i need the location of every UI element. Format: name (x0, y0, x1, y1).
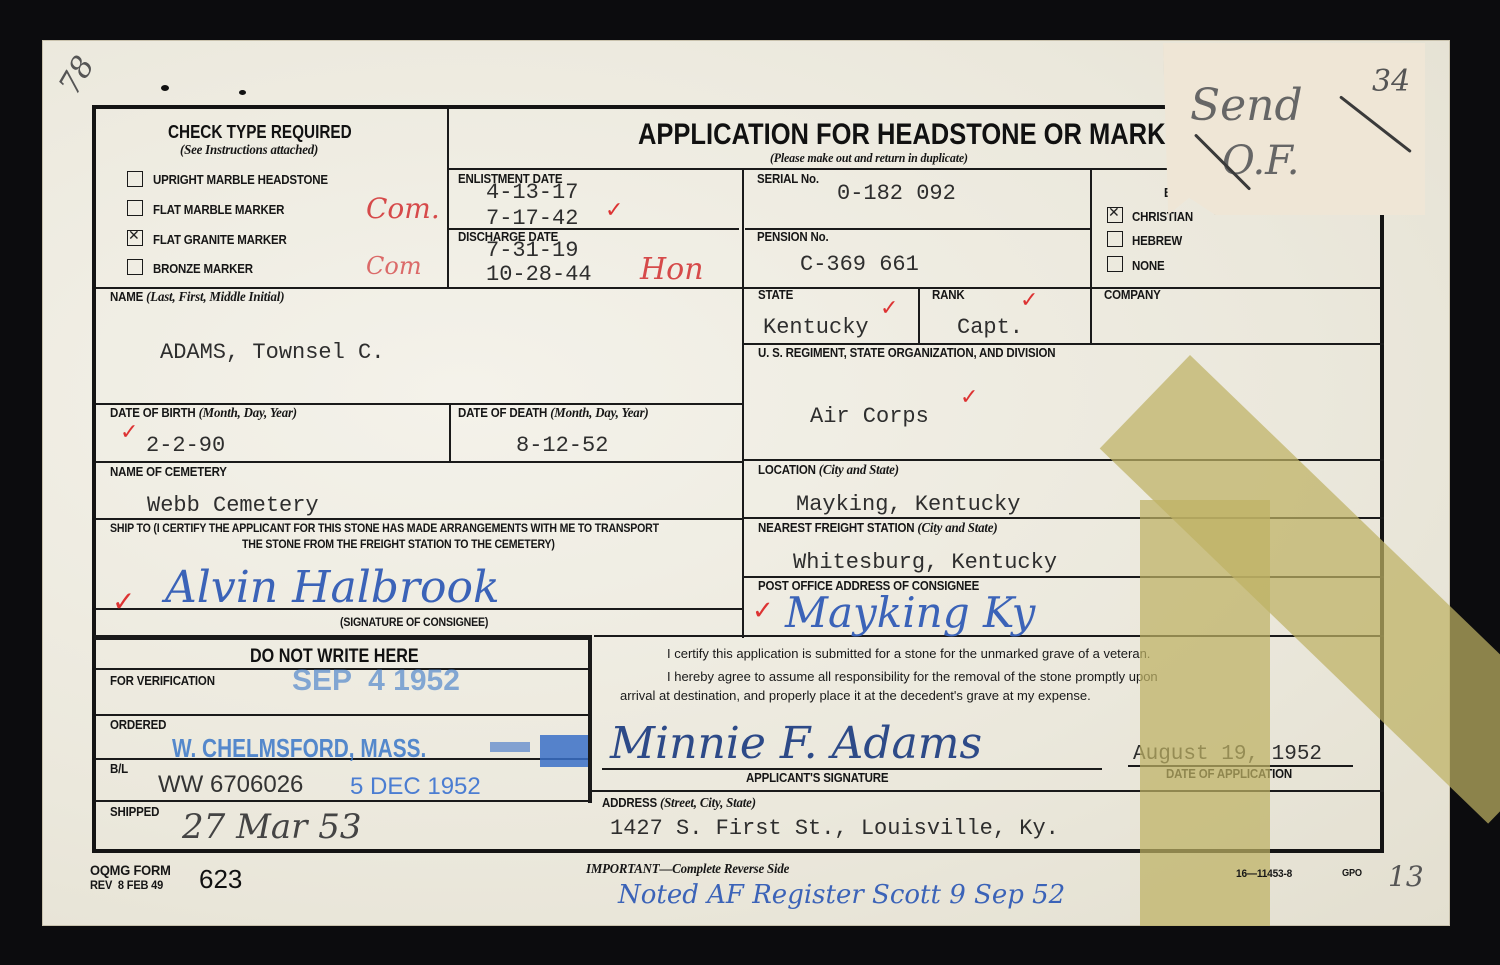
certification-line-2: I hereby agree to assume all responsibil… (667, 669, 1158, 684)
checkbox[interactable] (127, 259, 143, 275)
cemetery-value: Webb Cemetery (147, 493, 319, 518)
pension-number-value: C-369 661 (800, 252, 919, 277)
attached-note-number: 34 (1372, 64, 1410, 99)
ink-smudge (540, 735, 588, 767)
tape-strip-vertical (1140, 500, 1270, 926)
gpo-mark: GPO (1342, 868, 1362, 879)
red-checkmark: ✓ (752, 596, 774, 626)
punch-hole (239, 90, 246, 95)
check-type-heading: CHECK TYPE REQUIRED (168, 122, 352, 143)
cemetery-label: NAME OF CEMETERY (110, 465, 227, 479)
checkbox[interactable] (1107, 256, 1123, 272)
company-label: COMPANY (1104, 288, 1161, 302)
name-value: ADAMS, Townsel C. (160, 340, 384, 365)
checkbox[interactable] (1107, 231, 1123, 247)
check-type-subheading: (See Instructions attached) (180, 143, 318, 159)
print-code: 16—11453-8 (1236, 868, 1292, 880)
bill-of-lading-value: WW 6706026 (158, 771, 303, 799)
regiment-value: Air Corps (810, 404, 929, 429)
regiment-label: U. S. REGIMENT, STATE ORGANIZATION, AND … (758, 346, 1055, 360)
checkbox[interactable] (127, 200, 143, 216)
red-checkmark: ✓ (1020, 288, 1038, 313)
red-note-hon: Hon (640, 252, 704, 287)
state-label: STATE (758, 288, 793, 302)
freight-station-label: NEAREST FREIGHT STATION (City and State) (758, 521, 997, 537)
enlistment-date-value: 4-13-17 (486, 180, 578, 205)
shipped-value: 27 Mar 53 (182, 807, 361, 847)
location-label: LOCATION (City and State) (758, 463, 899, 479)
red-checkmark: ✓ (960, 385, 978, 410)
date-of-death-value: 8-12-52 (516, 433, 608, 458)
checkbox-checked[interactable] (127, 230, 143, 246)
form-number: 623 (199, 864, 242, 895)
checkbox[interactable] (127, 171, 143, 187)
pension-number-label: PENSION No. (757, 230, 828, 244)
applicant-signature: Minnie F. Adams (610, 718, 982, 769)
address-value: 1427 S. First St., Louisville, Ky. (610, 816, 1059, 841)
ink-smudge (490, 742, 530, 752)
form-id-line-2: REV 8 FEB 49 (90, 878, 163, 892)
applicant-signature-caption: APPLICANT'S SIGNATURE (746, 771, 888, 785)
serial-number-value: 0-182 092 (837, 181, 956, 206)
form-id-line-1: OQMG FORM (90, 862, 171, 878)
rank-label: RANK (932, 288, 964, 302)
checkbox-checked[interactable] (1107, 207, 1123, 223)
location-value: Mayking, Kentucky (796, 492, 1020, 517)
punch-hole (161, 85, 169, 91)
ship-to-label-2: THE STONE FROM THE FREIGHT STATION TO TH… (242, 539, 555, 551)
register-note: Noted AF Register Scott 9 Sep 52 (618, 880, 1065, 910)
page-subtitle: (Please make out and return in duplicate… (770, 150, 968, 166)
red-checkmark: ✓ (880, 296, 898, 321)
address-label: ADDRESS (Street, City, State) (602, 796, 756, 812)
consignee-signature: Alvin Halbrook (165, 562, 500, 613)
red-annotation: Com (366, 252, 422, 280)
red-checkmark: ✓ (120, 420, 138, 445)
state-value: Kentucky (763, 315, 869, 340)
shipped-label: SHIPPED (110, 805, 159, 819)
ship-to-label: SHIP TO (I CERTIFY THE APPLICANT FOR THI… (110, 523, 659, 535)
attached-note-line-1: Send (1190, 80, 1303, 131)
consignee-signature-caption: (SIGNATURE OF CONSIGNEE) (340, 617, 488, 629)
ordered-stamp: W. CHELMSFORD, MASS. (172, 733, 426, 764)
freight-station-value: Whitesburg, Kentucky (793, 550, 1057, 575)
discharge-date-value-2: 10-28-44 (486, 262, 592, 287)
enlistment-date-value-2: 7-17-42 (486, 206, 578, 231)
name-label: NAME (Last, First, Middle Initial) (110, 290, 284, 306)
red-checkmark: ✓ (112, 585, 135, 618)
bill-of-lading-stamp: 5 DEC 1952 (350, 773, 481, 801)
red-annotation: Com. (366, 192, 440, 225)
attached-note-line-2: O.F. (1222, 138, 1299, 184)
serial-number-label: SERIAL No. (757, 172, 819, 186)
discharge-date-value: 7-31-19 (486, 238, 578, 263)
red-checkmark: ✓ (605, 198, 623, 223)
page-title: APPLICATION FOR HEADSTONE OR MARKER (638, 118, 1201, 152)
important-notice: IMPORTANT—Complete Reverse Side (586, 862, 789, 878)
certification-line-1: I certify this application is submitted … (667, 646, 1150, 661)
date-of-death-label: DATE OF DEATH (Month, Day, Year) (458, 406, 649, 422)
rank-value: Capt. (957, 315, 1023, 340)
verification-stamp: SEP 4 1952 (292, 664, 460, 698)
verification-label: FOR VERIFICATION (110, 674, 215, 688)
bill-of-lading-label: B/L (110, 762, 128, 776)
ordered-label: ORDERED (110, 718, 166, 732)
applicant-signature-line (602, 768, 1102, 770)
pencil-number: 13 (1388, 860, 1424, 893)
post-office-value: Mayking Ky (785, 588, 1035, 637)
date-of-birth-value: 2-2-90 (146, 433, 225, 458)
certification-line-3: arrival at destination, and properly pla… (620, 688, 1091, 703)
